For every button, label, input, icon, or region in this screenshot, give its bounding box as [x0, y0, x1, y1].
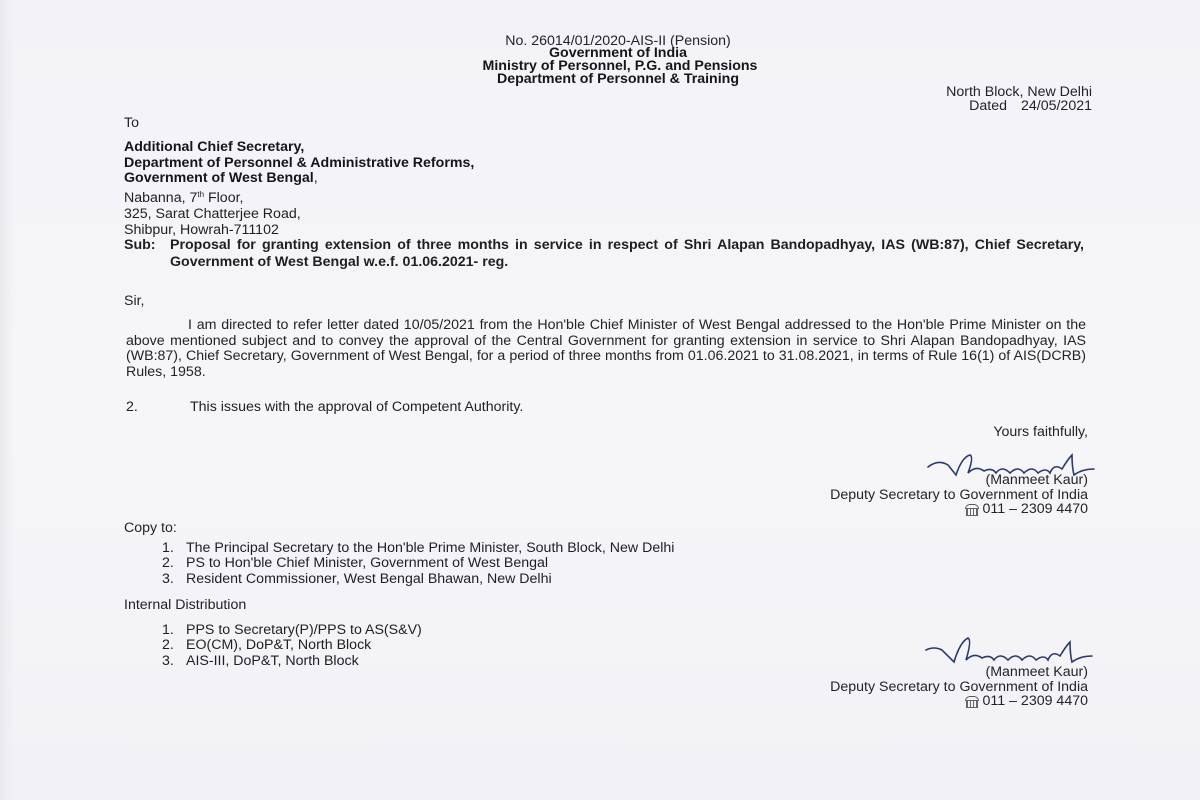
- item-text: PS to Hon'ble Chief Minister, Government…: [186, 555, 548, 571]
- comma: ,: [314, 170, 318, 186]
- scanned-letter-page: No. 26014/01/2020-AIS-II (Pension) Gover…: [0, 0, 1200, 800]
- handwritten-signature: [920, 634, 1105, 668]
- valediction: Yours faithfully,: [993, 424, 1088, 440]
- item-text: EO(CM), DoP&T, North Block: [186, 637, 371, 653]
- subject-label: Sub:: [124, 237, 156, 254]
- addressee-block: Additional Chief Secretary, Department o…: [124, 140, 474, 238]
- addressee-line: Shibpur, Howrah-711102: [124, 223, 474, 239]
- telephone-icon: [964, 696, 978, 706]
- item-number: 3.: [162, 572, 186, 587]
- list-item: 2.PS to Hon'ble Chief Minister, Governme…: [162, 556, 674, 571]
- floor: Floor,: [204, 190, 243, 206]
- list-item: 1.The Principal Secretary to the Hon'ble…: [162, 541, 674, 556]
- addressee-line: Government of West Bengal,: [124, 171, 474, 187]
- signatory-phone: 011 – 2309 4470: [964, 501, 1088, 517]
- list-item: 3.AIS-III, DoP&T, North Block: [162, 654, 422, 669]
- addressee-line: Additional Chief Secretary,: [124, 140, 474, 156]
- building: Nabanna, 7: [124, 190, 197, 206]
- issue-date-line: Dated24/05/2021: [969, 98, 1092, 114]
- body-paragraph-1: I am directed to refer letter dated 10/0…: [126, 318, 1086, 380]
- to-label: To: [124, 115, 139, 131]
- dated-label: Dated: [969, 98, 1007, 114]
- item-text: PPS to Secretary(P)/PPS to AS(S&V): [186, 622, 422, 638]
- department-heading: Department of Personnel & Training: [400, 72, 836, 87]
- list-item: 1.PPS to Secretary(P)/PPS to AS(S&V): [162, 623, 422, 638]
- addressee-line: Nabanna, 7th Floor,: [124, 187, 474, 207]
- internal-distribution-label: Internal Distribution: [124, 597, 246, 613]
- item-number: 1.: [162, 541, 186, 556]
- copy-to-label: Copy to:: [124, 520, 177, 536]
- item-number: 3.: [162, 654, 186, 669]
- paragraph-text: This issues with the approval of Compete…: [190, 399, 523, 415]
- phone-number: 011 – 2309 4470: [983, 693, 1088, 709]
- issue-date: 24/05/2021: [1021, 98, 1092, 114]
- item-number: 1.: [162, 623, 186, 638]
- paragraph-number: 2.: [126, 399, 190, 415]
- item-text: Resident Commissioner, West Bengal Bhawa…: [186, 571, 552, 587]
- addressee-line: Department of Personnel & Administrative…: [124, 156, 474, 172]
- item-text: The Principal Secretary to the Hon'ble P…: [186, 540, 674, 556]
- signatory-phone: 011 – 2309 4470: [964, 693, 1088, 709]
- signatory-name: (Manmeet Kaur): [986, 664, 1089, 680]
- internal-distribution-list: 1.PPS to Secretary(P)/PPS to AS(S&V) 2.E…: [162, 623, 422, 669]
- list-item: 2.EO(CM), DoP&T, North Block: [162, 638, 422, 653]
- body-paragraph-2: 2.This issues with the approval of Compe…: [126, 399, 523, 415]
- scan-edge-shadow: [0, 0, 14, 800]
- telephone-icon: [964, 504, 978, 514]
- salutation: Sir,: [124, 293, 145, 309]
- signatory-name: (Manmeet Kaur): [986, 472, 1089, 488]
- phone-number: 011 – 2309 4470: [983, 501, 1088, 517]
- list-item: 3.Resident Commissioner, West Bengal Bha…: [162, 572, 674, 587]
- item-number: 2.: [162, 638, 186, 653]
- item-number: 2.: [162, 556, 186, 571]
- addressee-government: Government of West Bengal: [124, 170, 314, 186]
- subject-text: Proposal for granting extension of three…: [170, 237, 1084, 270]
- addressee-line: 325, Sarat Chatterjee Road,: [124, 207, 474, 223]
- item-text: AIS-III, DoP&T, North Block: [186, 653, 359, 669]
- copy-to-list: 1.The Principal Secretary to the Hon'ble…: [162, 541, 674, 587]
- subject-block: Sub: Proposal for granting extension of …: [124, 237, 1084, 270]
